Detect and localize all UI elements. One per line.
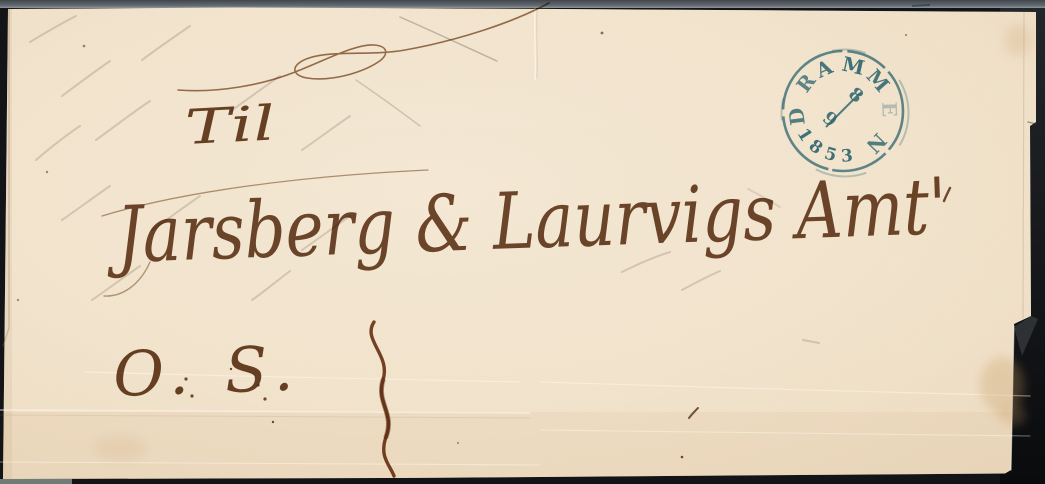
- letter-scan-canvas: Til Jarsberg & Laurvigs Amt' O. S. D: [0, 0, 1045, 484]
- postmark-year-digit: 3: [840, 146, 854, 167]
- postmark-letter: D: [784, 107, 810, 127]
- scanner-background-top-strip: [0, 0, 1045, 8]
- salutation-text: Til: [184, 95, 277, 156]
- stray-ink-mark: [912, 5, 930, 6]
- postmark-letter: E: [877, 101, 902, 117]
- scanner-background-bottom-sliver: [0, 479, 72, 484]
- scanned-letter-photo: Til Jarsberg & Laurvigs Amt' O. S. D: [0, 0, 1045, 484]
